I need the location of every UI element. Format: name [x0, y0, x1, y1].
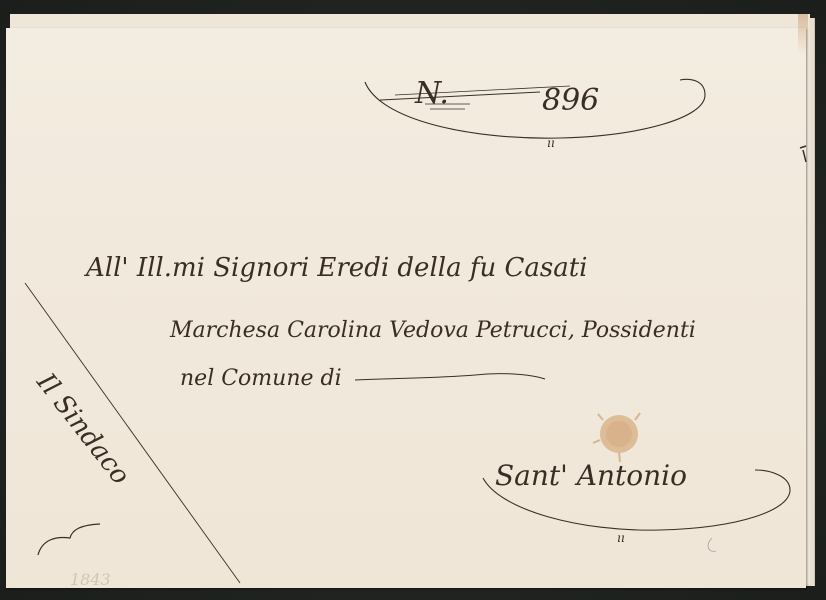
handwriting-layer: N. 896 ıı All' Ill.mi Signori Eredi dell…	[0, 0, 826, 600]
address-line-2: Marchesa Carolina Vedova Petrucci, Possi…	[169, 318, 696, 343]
destination-block: Sant' Antonio ıı	[483, 459, 790, 551]
marginal-flourish	[38, 524, 100, 555]
bleedthrough-date: 1843	[70, 570, 111, 589]
ink-stain	[593, 413, 640, 462]
number-prefix: N.	[414, 76, 449, 111]
address-line-3: nel Comune di	[180, 366, 342, 391]
address-line-1: All' Ill.mi Signori Eredi della fu Casat…	[84, 253, 587, 283]
tick-mark: ıı	[547, 136, 555, 150]
line-3-flourish	[355, 374, 545, 380]
address-block: All' Ill.mi Signori Eredi della fu Casat…	[84, 253, 696, 391]
marginal-note: Il Sindaco	[30, 367, 136, 490]
reference-number: 896	[542, 83, 599, 118]
reference-number-block: N. 896 ıı	[365, 76, 705, 150]
destination-name: Sant' Antonio	[495, 459, 687, 492]
tick-mark-2: ıı	[617, 531, 625, 545]
